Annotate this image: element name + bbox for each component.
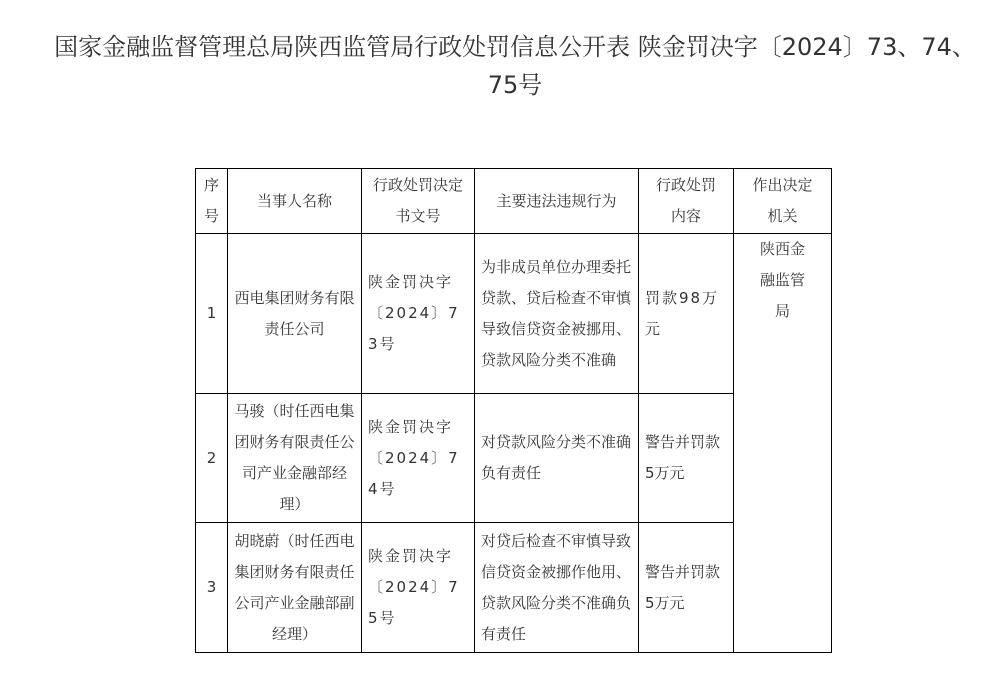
cell-no: 2 — [196, 394, 228, 523]
table-row: 1 西电集团财务有限责任公司 陕金罚决字〔2024〕73号 为非成员单位办理委托… — [196, 234, 832, 394]
cell-violation: 对贷款风险分类不准确负有责任 — [475, 394, 639, 523]
header-no: 序号 — [196, 169, 228, 234]
header-doc-no: 行政处罚决定书文号 — [362, 169, 475, 234]
authority-text: 陕西金融监管局 — [740, 234, 825, 327]
cell-party: 西电集团财务有限责任公司 — [228, 234, 362, 394]
cell-no: 3 — [196, 523, 228, 653]
header-violation: 主要违法违规行为 — [475, 169, 639, 234]
cell-penalty: 罚款98万元 — [639, 234, 734, 394]
table-header-row: 序号 当事人名称 行政处罚决定书文号 主要违法违规行为 行政处罚内容 作出决定机… — [196, 169, 832, 234]
cell-authority: 陕西金融监管局 — [734, 234, 832, 653]
cell-violation: 对贷后检查不审慎导致信贷资金被挪作他用、贷款风险分类不准确负有责任 — [475, 523, 639, 653]
header-party: 当事人名称 — [228, 169, 362, 234]
header-penalty: 行政处罚内容 — [639, 169, 734, 234]
page-title-line1: 国家金融监督管理总局陕西监管局行政处罚信息公开表 陕金罚决字〔2024〕73、7… — [0, 28, 1008, 66]
cell-penalty: 警告并罚款5万元 — [639, 523, 734, 653]
cell-penalty: 警告并罚款5万元 — [639, 394, 734, 523]
page-title-line2: 75号 — [488, 71, 543, 99]
cell-doc-no: 陕金罚决字〔2024〕74号 — [362, 394, 475, 523]
cell-doc-no: 陕金罚决字〔2024〕75号 — [362, 523, 475, 653]
cell-party: 胡晓蔚（时任西电集团财务有限责任公司产业金融部副经理） — [228, 523, 362, 653]
cell-violation: 为非成员单位办理委托贷款、贷后检查不审慎导致信贷资金被挪用、贷款风险分类不准确 — [475, 234, 639, 394]
cell-no: 1 — [196, 234, 228, 394]
cell-party: 马骏（时任西电集团财务有限责任公司产业金融部经理） — [228, 394, 362, 523]
penalty-table: 序号 当事人名称 行政处罚决定书文号 主要违法违规行为 行政处罚内容 作出决定机… — [195, 168, 832, 653]
cell-doc-no: 陕金罚决字〔2024〕73号 — [362, 234, 475, 394]
page-title: 国家金融监督管理总局陕西监管局行政处罚信息公开表 陕金罚决字〔2024〕73、7… — [0, 28, 1008, 104]
header-authority: 作出决定机关 — [734, 169, 832, 234]
